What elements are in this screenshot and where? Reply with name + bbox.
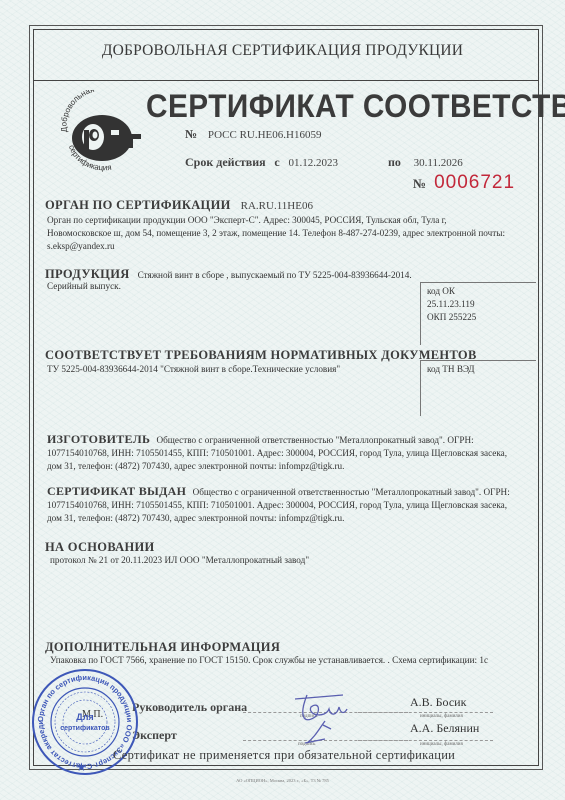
expert-name-caption: инициалы, фамилия [420, 742, 463, 747]
code-ok-value: 25.11.23.119 [421, 298, 536, 311]
printer-imprint: АО «ОПЦИОН», Москва, 2023 г., «Б», Т3 № … [0, 778, 565, 783]
head-name: А.В. Босик [410, 695, 466, 710]
voluntary-notice: Сертификат не применяется при обязательн… [113, 748, 455, 763]
certification-body-details: Орган по сертификации продукции ООО "Экс… [47, 214, 527, 254]
code-tnved-box: код ТН ВЭД [420, 360, 536, 416]
header-title: ДОБРОВОЛЬНАЯ СЕРТИФИКАЦИЯ ПРОДУКЦИИ [0, 42, 565, 60]
code-tnved-label: код ТН ВЭД [421, 361, 536, 376]
validity-from-row: Срок действия с 01.12.2023 [185, 155, 338, 170]
stamp-center-text-1: Для [76, 712, 93, 722]
certification-body-heading-row: ОРГАН ПО СЕРТИФИКАЦИИ RA.RU.11НЕ06 [45, 196, 313, 214]
validity-from-date: 01.12.2023 [289, 157, 339, 169]
validity-from-label: с [274, 155, 279, 169]
registration-number: РОСС RU.НЕ06.Н16059 [208, 129, 322, 141]
validity-to-date: 30.11.2026 [414, 157, 463, 169]
blank-number: 0006721 [434, 172, 515, 193]
certification-body-code: RA.RU.11НЕ06 [241, 200, 313, 212]
compliance-document: ТУ 5225-004-83936644-2014 "Стяжной винт … [47, 363, 340, 376]
head-name-line [358, 712, 493, 713]
rst-logo-icon: Добровольная сертификация [55, 90, 150, 175]
code-okp-value: ОКП 255225 [421, 311, 536, 324]
compliance-heading: СООТВЕТСТВУЕТ ТРЕБОВАНИЯМ НОРМАТИВНЫХ ДО… [45, 348, 477, 363]
validity-label: Срок действия [185, 155, 266, 169]
header-divider [33, 80, 539, 81]
product-series: Серийный выпуск. [47, 280, 121, 293]
code-ok-box: код ОК 25.11.23.119 ОКП 255225 [420, 282, 536, 345]
blank-number-label: № [413, 176, 426, 191]
registration-number-label: № [185, 127, 197, 141]
svg-text:★: ★ [76, 760, 87, 774]
head-of-body-label: Руководитель органа [132, 700, 247, 715]
manufacturer-section: ИЗГОТОВИТЕЛЬ Общество с ограниченной отв… [47, 433, 527, 474]
additional-info-heading: ДОПОЛНИТЕЛЬНАЯ ИНФОРМАЦИЯ [45, 640, 280, 655]
validity-to-row: по 30.11.2026 [388, 155, 463, 170]
issued-to-section: СЕРТИФИКАТ ВЫДАН Общество с ограниченной… [47, 485, 527, 526]
manufacturer-heading: ИЗГОТОВИТЕЛЬ [47, 432, 150, 446]
additional-info-text: Упаковка по ГОСТ 7566, хранение по ГОСТ … [50, 654, 488, 667]
signature-scribble-icon [285, 685, 355, 750]
stamp-center-text-2: сертификатов [60, 725, 110, 732]
expert-name-line [358, 740, 493, 741]
registration-number-row: № РОСС RU.НЕ06.Н16059 [185, 127, 321, 142]
product-heading: ПРОДУКЦИЯ [45, 267, 130, 281]
validity-to-label: по [388, 155, 401, 169]
head-name-caption: инициалы, фамилия [420, 714, 463, 719]
issued-to-heading: СЕРТИФИКАТ ВЫДАН [47, 484, 186, 498]
certification-body-heading: ОРГАН ПО СЕРТИФИКАЦИИ [45, 198, 231, 212]
basis-protocol: протокол № 21 от 20.11.2023 ИЛ ООО "Мета… [50, 554, 309, 567]
expert-name: А.А. Белянин [410, 721, 479, 736]
code-ok-label: код ОК [421, 283, 536, 298]
basis-heading: НА ОСНОВАНИИ [45, 540, 155, 555]
blank-number-row: № 0006721 [413, 172, 515, 194]
product-description: Стяжной винт в сборе , выпускаемый по ТУ… [138, 270, 412, 280]
certificate-title: СЕРТИФИКАТ СООТВЕТСТВИЯ [146, 88, 565, 125]
